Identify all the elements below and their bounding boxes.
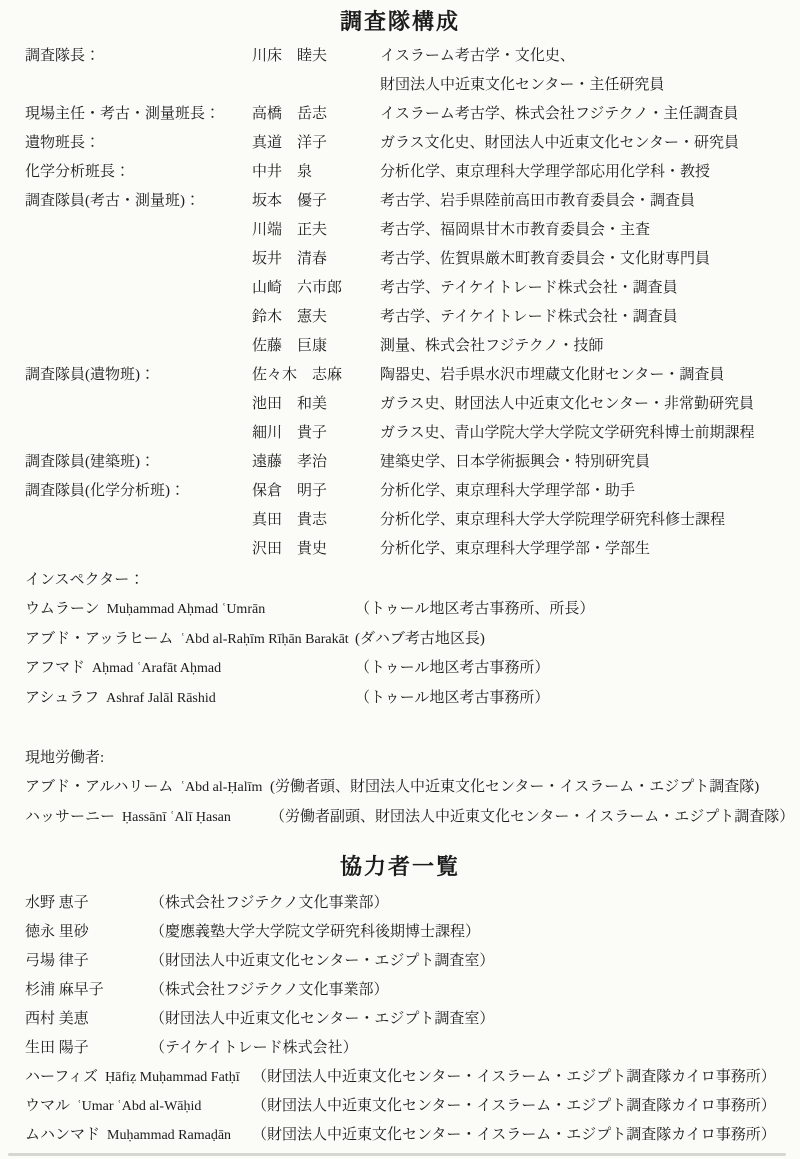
role-label xyxy=(25,274,252,303)
section1-title: 調査隊構成 xyxy=(0,8,800,36)
collaborator-affiliation: （慶應義塾大学大学院文学研究科後期博士課程） xyxy=(150,918,480,947)
inspector-name: アフマドAḥmad ʿArafāt Aḥmad xyxy=(25,654,355,684)
team-member-row: 鈴木 憲夫 考古学、テイケイトレード株式会社・調査員 xyxy=(25,303,790,332)
collaborator-name: 徳永 里砂 xyxy=(25,918,150,947)
person-affiliation: イスラーム考古学・文化史、 xyxy=(380,42,790,71)
collaborator-name: ハーフィズḤāfiẓ Muḥammad Fatḥī xyxy=(25,1063,252,1092)
role-label xyxy=(25,419,252,448)
collaborator-name: 弓場 律子 xyxy=(25,947,150,976)
collaborator-row: 水野 恵子 （株式会社フジテクノ文化事業部） xyxy=(25,889,792,918)
collaborator-name: 水野 恵子 xyxy=(25,889,150,918)
name-japanese: ウマル xyxy=(25,1098,70,1114)
name-japanese: ハッサーニー xyxy=(25,809,115,825)
inspector-office: （トゥール地区考古事務所） xyxy=(355,684,549,714)
person-name: 佐藤 巨康 xyxy=(252,332,380,361)
name-japanese: アブド・アルハリーム xyxy=(25,779,173,795)
person-name: 池田 和美 xyxy=(252,390,380,419)
name-latin: Ḥassānī ʿAlī Ḥasan xyxy=(122,810,231,825)
person-affiliation: 分析化学、東京理科大学理学部・助手 xyxy=(380,477,790,506)
person-affiliation: 考古学、佐賀県厳木町教育委員会・文化財専門員 xyxy=(380,245,790,274)
team-member-row: 調査隊員(化学分析班)： 保倉 明子 分析化学、東京理科大学理学部・助手 xyxy=(25,477,790,506)
team-composition-table: 調査隊長： 川床 睦夫 イスラーム考古学・文化史、 財団法人中近東文化センター・… xyxy=(25,42,790,564)
team-member-row: 調査隊員(建築班)： 遠藤 孝治 建築史学、日本学術振興会・特別研究員 xyxy=(25,448,790,477)
name-japanese: アフマド xyxy=(25,660,85,676)
name-japanese: ムハンマド xyxy=(25,1127,100,1143)
collaborator-name: 西村 美恵 xyxy=(25,1005,150,1034)
name-latin: ʿAbd al-Raḥīm Rīḥān Barakāt xyxy=(180,632,348,647)
name-japanese: 徳永 里砂 xyxy=(25,924,89,940)
person-name: 坂本 優子 xyxy=(252,187,380,216)
section2-title: 協力者一覧 xyxy=(0,853,800,881)
inspectors-list: ウムラーンMuḥammad Aḥmad ʿUmrān （トゥール地区考古事務所、… xyxy=(0,595,800,713)
name-japanese: ハーフィズ xyxy=(25,1069,98,1085)
role-label: 化学分析班長： xyxy=(25,158,252,187)
team-member-row: 佐藤 巨康 測量、株式会社フジテクノ・技師 xyxy=(25,332,790,361)
team-member-row: 財団法人中近東文化センター・主任研究員 xyxy=(25,71,790,100)
inspector-row: アブド・アッラヒームʿAbd al-Raḥīm Rīḥān Barakāt (ダ… xyxy=(25,625,792,655)
worker-row: ハッサーニーḤassānī ʿAlī Ḥasan （労働者副頭、財団法人中近東文… xyxy=(25,803,792,833)
collaborator-affiliation: （株式会社フジテクノ文化事業部） xyxy=(150,976,389,1005)
collaborator-row: 杉浦 麻早子 （株式会社フジテクノ文化事業部） xyxy=(25,976,792,1005)
document-page: 調査隊構成 調査隊長： 川床 睦夫 イスラーム考古学・文化史、 財団法人中近東文… xyxy=(0,0,800,1159)
name-latin: Ashraf Jalāl Rāshid xyxy=(106,691,216,706)
name-latin: Muḥammad Aḥmad ʿUmrān xyxy=(107,602,266,617)
name-japanese: 弓場 律子 xyxy=(25,953,89,969)
team-member-row: 沢田 貴史 分析化学、東京理科大学理学部・学部生 xyxy=(25,535,790,564)
person-name: 坂井 清春 xyxy=(252,245,380,274)
collaborator-row: 生田 陽子 （テイケイトレード株式会社） xyxy=(25,1034,792,1063)
inspector-row: アフマドAḥmad ʿArafāt Aḥmad （トゥール地区考古事務所） xyxy=(25,654,792,684)
local-workers-heading: 現地労働者: xyxy=(25,744,800,773)
worker-affiliation: （労働者副頭、財団法人中近東文化センター・イスラーム・エジプト調査隊） xyxy=(270,803,794,833)
name-japanese: 西村 美恵 xyxy=(25,1011,89,1027)
person-name: 遠藤 孝治 xyxy=(252,448,380,477)
role-label: 調査隊員(考古・測量班)： xyxy=(25,187,252,216)
person-affiliation: 分析化学、東京理科大学大学院理学研究科修士課程 xyxy=(380,506,790,535)
person-affiliation: 考古学、岩手県陸前高田市教育委員会・調査員 xyxy=(380,187,790,216)
person-affiliation: 分析化学、東京理科大学理学部応用化学科・教授 xyxy=(380,158,790,187)
inspectors-heading: インスペクター： xyxy=(25,566,800,595)
collaborator-row: 西村 美恵 （財団法人中近東文化センター・エジプト調査室） xyxy=(25,1005,792,1034)
person-name: 川端 正夫 xyxy=(252,216,380,245)
collaborator-affiliation: （財団法人中近東文化センター・エジプト調査室） xyxy=(150,1005,494,1034)
team-member-row: 調査隊長： 川床 睦夫 イスラーム考古学・文化史、 xyxy=(25,42,790,71)
person-name: 中井 泉 xyxy=(252,158,380,187)
person-name: 保倉 明子 xyxy=(252,477,380,506)
inspector-office: （トゥール地区考古事務所、所長） xyxy=(355,595,594,625)
name-japanese: ウムラーン xyxy=(25,601,100,617)
person-affiliation: 分析化学、東京理科大学理学部・学部生 xyxy=(380,535,790,564)
inspector-office: (ダハブ考古地区長) xyxy=(355,625,485,655)
role-label xyxy=(25,535,252,564)
person-name: 川床 睦夫 xyxy=(252,42,380,71)
name-japanese: 生田 陽子 xyxy=(25,1040,89,1056)
name-latin: ʿAbd al-Ḥalīm xyxy=(180,780,262,795)
collaborator-row: 弓場 律子 （財団法人中近東文化センター・エジプト調査室） xyxy=(25,947,792,976)
collaborator-name: ムハンマドMuḥammad Ramaḍān xyxy=(25,1121,252,1150)
team-member-row: 坂井 清春 考古学、佐賀県厳木町教育委員会・文化財専門員 xyxy=(25,245,790,274)
person-name xyxy=(252,71,380,100)
team-member-row: 真田 貴志 分析化学、東京理科大学大学院理学研究科修士課程 xyxy=(25,506,790,535)
team-member-row: 山崎 六市郎 考古学、テイケイトレード株式会社・調査員 xyxy=(25,274,790,303)
role-label xyxy=(25,332,252,361)
role-label xyxy=(25,245,252,274)
inspector-row: ウムラーンMuḥammad Aḥmad ʿUmrān （トゥール地区考古事務所、… xyxy=(25,595,792,625)
name-japanese: 水野 恵子 xyxy=(25,895,89,911)
team-member-row: 池田 和美 ガラス史、財団法人中近東文化センター・非常勤研究員 xyxy=(25,390,790,419)
person-affiliation: 考古学、福岡県甘木市教育委員会・主査 xyxy=(380,216,790,245)
person-affiliation: 考古学、テイケイトレード株式会社・調査員 xyxy=(380,274,790,303)
collaborator-row: ウマルʿUmar ʿAbd al-Wāḥid （財団法人中近東文化センター・イス… xyxy=(25,1092,792,1121)
person-affiliation: 陶器史、岩手県水沢市埋蔵文化財センター・調査員 xyxy=(380,361,790,390)
person-affiliation: 測量、株式会社フジテクノ・技師 xyxy=(380,332,790,361)
person-name: 沢田 貴史 xyxy=(252,535,380,564)
collaborators-list-japanese: 水野 恵子 （株式会社フジテクノ文化事業部） 徳永 里砂 （慶應義塾大学大学院文… xyxy=(0,889,800,1063)
collaborator-affiliation: （財団法人中近東文化センター・イスラーム・エジプト調査隊カイロ事務所） xyxy=(252,1121,776,1150)
person-affiliation: 建築史学、日本学術振興会・特別研究員 xyxy=(380,448,790,477)
person-name: 山崎 六市郎 xyxy=(252,274,380,303)
team-member-row: 細川 貴子 ガラス史、青山学院大学大学院文学研究科博士前期課程 xyxy=(25,419,790,448)
person-name: 高橋 岳志 xyxy=(252,100,380,129)
name-japanese: アシュラフ xyxy=(25,690,99,706)
name-japanese: アブド・アッラヒーム xyxy=(25,631,173,647)
team-member-row: 調査隊員(考古・測量班)： 坂本 優子 考古学、岩手県陸前高田市教育委員会・調査… xyxy=(25,187,790,216)
inspector-name: ウムラーンMuḥammad Aḥmad ʿUmrān xyxy=(25,595,355,625)
collaborator-name: ウマルʿUmar ʿAbd al-Wāḥid xyxy=(25,1092,252,1121)
inspector-office: （トゥール地区考古事務所） xyxy=(355,654,549,684)
team-member-row: 化学分析班長： 中井 泉 分析化学、東京理科大学理学部応用化学科・教授 xyxy=(25,158,790,187)
worker-row: アブド・アルハリームʿAbd al-Ḥalīm (労働者頭、財団法人中近東文化セ… xyxy=(25,773,792,803)
collaborator-row: ムハンマドMuḥammad Ramaḍān （財団法人中近東文化センター・イスラ… xyxy=(25,1121,792,1150)
scan-artifact-line xyxy=(8,1153,786,1156)
worker-name: アブド・アルハリームʿAbd al-Ḥalīm xyxy=(25,773,270,803)
person-affiliation: ガラス史、財団法人中近東文化センター・非常勤研究員 xyxy=(380,390,790,419)
local-workers-list: アブド・アルハリームʿAbd al-Ḥalīm (労働者頭、財団法人中近東文化セ… xyxy=(0,773,800,832)
role-label xyxy=(25,71,252,100)
person-affiliation: ガラス史、青山学院大学大学院文学研究科博士前期課程 xyxy=(380,419,790,448)
collaborator-affiliation: （テイケイトレード株式会社） xyxy=(150,1034,358,1063)
person-name: 鈴木 憲夫 xyxy=(252,303,380,332)
person-affiliation: 考古学、テイケイトレード株式会社・調査員 xyxy=(380,303,790,332)
name-latin: Ḥāfiẓ Muḥammad Fatḥī xyxy=(105,1070,240,1085)
inspector-name: アシュラフAshraf Jalāl Rāshid xyxy=(25,684,355,714)
role-label: 調査隊員(化学分析班)： xyxy=(25,477,252,506)
name-latin: Muḥammad Ramaḍān xyxy=(107,1128,231,1143)
collaborator-affiliation: （財団法人中近東文化センター・エジプト調査室） xyxy=(150,947,494,976)
inspector-row: アシュラフAshraf Jalāl Rāshid （トゥール地区考古事務所） xyxy=(25,684,792,714)
person-name: 真道 洋子 xyxy=(252,129,380,158)
collaborator-row: ハーフィズḤāfiẓ Muḥammad Fatḥī （財団法人中近東文化センター… xyxy=(25,1063,792,1092)
role-label xyxy=(25,506,252,535)
person-affiliation: ガラス文化史、財団法人中近東文化センター・研究員 xyxy=(380,129,790,158)
role-label xyxy=(25,216,252,245)
worker-name: ハッサーニーḤassānī ʿAlī Ḥasan xyxy=(25,803,270,833)
person-name: 真田 貴志 xyxy=(252,506,380,535)
collaborator-affiliation: （財団法人中近東文化センター・イスラーム・エジプト調査隊カイロ事務所） xyxy=(252,1063,776,1092)
inspector-name: アブド・アッラヒームʿAbd al-Raḥīm Rīḥān Barakāt xyxy=(25,625,355,655)
person-affiliation: イスラーム考古学、株式会社フジテクノ・主任調査員 xyxy=(380,100,790,129)
name-latin: Aḥmad ʿArafāt Aḥmad xyxy=(92,661,221,676)
role-label: 現場主任・考古・測量班長： xyxy=(25,100,252,129)
collaborator-affiliation: （株式会社フジテクノ文化事業部） xyxy=(150,889,389,918)
role-label xyxy=(25,390,252,419)
collaborator-name: 生田 陽子 xyxy=(25,1034,150,1063)
name-japanese: 杉浦 麻早子 xyxy=(25,982,104,998)
worker-affiliation: (労働者頭、財団法人中近東文化センター・イスラーム・エジプト調査隊) xyxy=(270,773,759,803)
collaborator-name: 杉浦 麻早子 xyxy=(25,976,150,1005)
team-member-row: 現場主任・考古・測量班長： 高橋 岳志 イスラーム考古学、株式会社フジテクノ・主… xyxy=(25,100,790,129)
team-member-row: 川端 正夫 考古学、福岡県甘木市教育委員会・主査 xyxy=(25,216,790,245)
person-affiliation: 財団法人中近東文化センター・主任研究員 xyxy=(380,71,790,100)
team-member-row: 調査隊員(遺物班)： 佐々木 志麻 陶器史、岩手県水沢市埋蔵文化財センター・調査… xyxy=(25,361,790,390)
role-label xyxy=(25,303,252,332)
role-label: 調査隊長： xyxy=(25,42,252,71)
role-label: 調査隊員(遺物班)： xyxy=(25,361,252,390)
collaborator-affiliation: （財団法人中近東文化センター・イスラーム・エジプト調査隊カイロ事務所） xyxy=(252,1092,776,1121)
collaborators-list-foreign: ハーフィズḤāfiẓ Muḥammad Fatḥī （財団法人中近東文化センター… xyxy=(0,1063,800,1150)
collaborator-row: 徳永 里砂 （慶應義塾大学大学院文学研究科後期博士課程） xyxy=(25,918,792,947)
role-label: 調査隊員(建築班)： xyxy=(25,448,252,477)
person-name: 佐々木 志麻 xyxy=(252,361,380,390)
team-member-row: 遺物班長： 真道 洋子 ガラス文化史、財団法人中近東文化センター・研究員 xyxy=(25,129,790,158)
person-name: 細川 貴子 xyxy=(252,419,380,448)
role-label: 遺物班長： xyxy=(25,129,252,158)
name-latin: ʿUmar ʿAbd al-Wāḥid xyxy=(77,1099,201,1114)
